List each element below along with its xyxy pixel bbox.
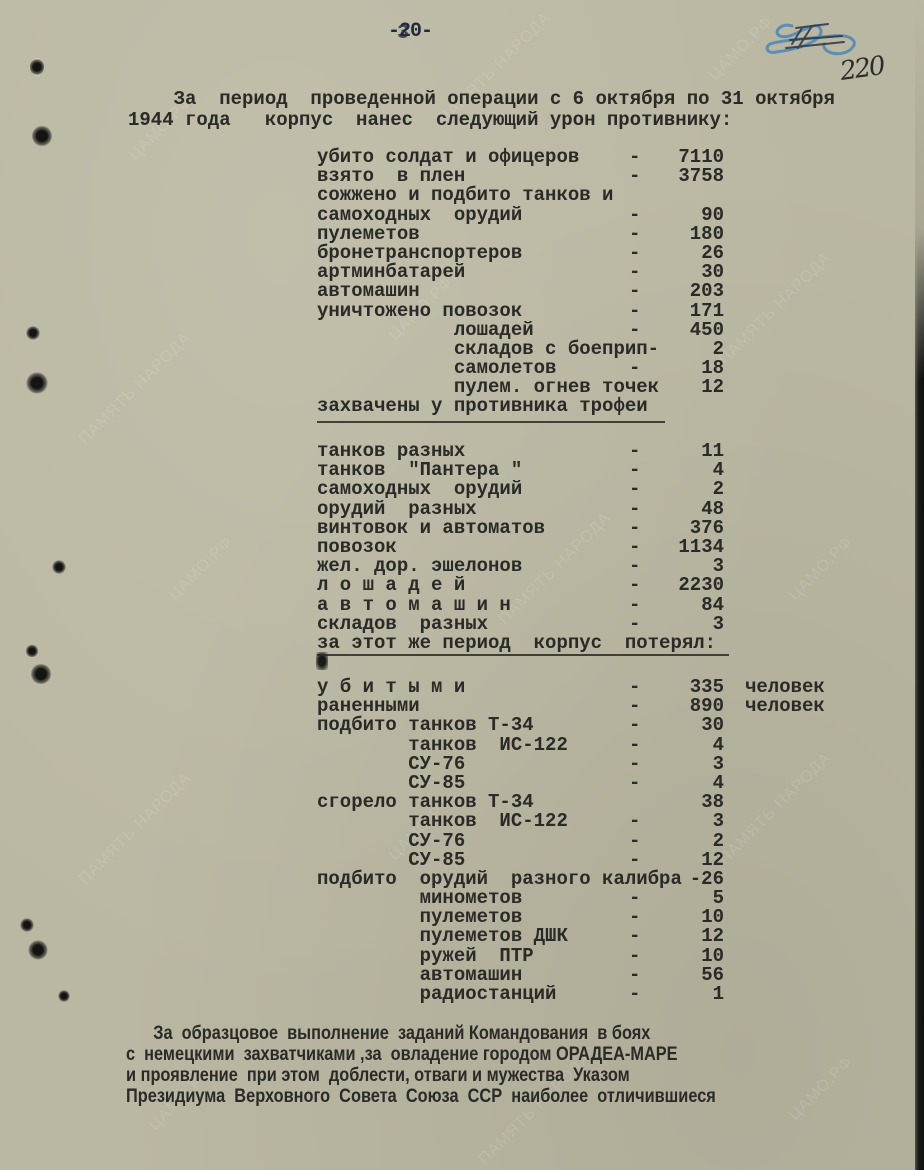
list-item: самоходных орудий-90 xyxy=(317,204,724,223)
list-item: пулеметов-10 xyxy=(317,906,724,925)
list-item: танков ИС-122-4 xyxy=(317,734,724,753)
list-item: бронетранспортеров-26 xyxy=(317,242,724,261)
list-item: самолетов-18 xyxy=(317,357,724,376)
list-item: СУ-85-12 xyxy=(317,849,724,868)
list-item: пулеметов-180 xyxy=(317,223,724,242)
watermark-text: ПАМЯТЬ НАРОДА xyxy=(716,749,835,868)
list-item: танков ИС-122-3 xyxy=(317,810,724,829)
item-label: захвачены у противника трофеи xyxy=(317,395,648,417)
list-item: жел. дор. эшелонов-3 xyxy=(317,555,724,574)
list-item: захвачены у противника трофеи xyxy=(317,395,724,414)
punch-hole xyxy=(52,560,66,574)
list-item: орудий разных-48 xyxy=(317,498,724,517)
punch-hole xyxy=(26,372,48,394)
punch-hole xyxy=(28,940,48,960)
watermark-text: ПАМЯТЬ НАРОДА xyxy=(716,249,835,368)
list-item: складов с боеприп-2 xyxy=(317,338,724,357)
watermark-text: ЦАМО.РФ xyxy=(166,534,237,605)
list-item: подбито танков Т-34-30 xyxy=(317,714,724,733)
list-item: раненными-890человек xyxy=(317,695,724,714)
list-item: СУ-85-4 xyxy=(317,772,724,791)
list-item: автомашин-56 xyxy=(317,964,724,983)
item-value: 1 xyxy=(604,983,724,1005)
list-item: у б и т ы м и-335человек xyxy=(317,676,724,695)
list-item: л о ш а д е й-2230 xyxy=(317,574,724,593)
item-label: за этот же период корпус потерял: xyxy=(317,632,716,654)
punch-hole xyxy=(26,326,40,340)
watermark-text: ЦАМО.РФ xyxy=(786,534,857,605)
typed-page-number: -20- 3 xyxy=(388,20,432,43)
list-item: уничтожено повозок-171 xyxy=(317,300,724,319)
punch-hole xyxy=(30,664,52,684)
list-item: взято в плен-3758 xyxy=(317,165,724,184)
list-item: пулем. огнев точек12 xyxy=(317,376,724,395)
paragraph-line: с немецкими захватчиками ,за овладение г… xyxy=(126,1044,716,1065)
list-item: автомашин-203 xyxy=(317,280,724,299)
list-item: минометов-5 xyxy=(317,887,724,906)
list-item: за этот же период корпус потерял: xyxy=(317,632,724,651)
own-losses-list: у б и т ы м и-335человекраненными-890чел… xyxy=(317,676,724,1002)
list-item: убито солдат и офицеров-7110 xyxy=(317,146,724,165)
enemy-losses-list: убито солдат и офицеров-7110взято в плен… xyxy=(317,146,724,415)
list-item: СУ-76-2 xyxy=(317,830,724,849)
list-item: повозок-1134 xyxy=(317,536,724,555)
list-item: лошадей-450 xyxy=(317,319,724,338)
list-item: пулеметов ДШК-12 xyxy=(317,925,724,944)
punch-hole xyxy=(30,58,44,76)
closing-paragraph: За образцовое выполнение заданий Командо… xyxy=(126,1023,812,1107)
scan-edge-shadow xyxy=(915,0,924,1170)
item-label: радиостанций xyxy=(317,983,556,1005)
punch-hole xyxy=(20,918,34,932)
list-item: сгорело танков Т-3438 xyxy=(317,791,724,810)
list-item: танков разных-11 xyxy=(317,440,724,459)
list-item: самоходных орудий-2 xyxy=(317,478,724,497)
list-item: артминбатарей-30 xyxy=(317,261,724,280)
punch-hole xyxy=(58,990,70,1002)
list-item: танков "Пантера "-4 xyxy=(317,459,724,478)
intro-line: За период проведенной операции с 6 октяб… xyxy=(128,88,835,109)
paragraph-line: Президиума Верховного Совета Союза ССР н… xyxy=(126,1086,716,1107)
document-page: ЦАМО.РФПАМЯТЬ НАРОДАЦАМО.РФПАМЯТЬ НАРОДА… xyxy=(0,0,916,1170)
list-item: а в т о м а ш и н-84 xyxy=(317,594,724,613)
list-item: ружей ПТР-10 xyxy=(317,945,724,964)
intro-text: За период проведенной операции с 6 октяб… xyxy=(128,88,835,130)
page-number-overstrike: 3 xyxy=(397,22,408,45)
punch-hole xyxy=(26,644,38,658)
item-unit: человек xyxy=(745,695,825,717)
paragraph-line: За образцовое выполнение заданий Командо… xyxy=(126,1023,716,1044)
watermark-text: ПАМЯТЬ НАРОДА xyxy=(76,769,195,888)
list-item: сожжено и подбито танков и xyxy=(317,184,724,203)
section-divider xyxy=(317,654,729,656)
section-divider xyxy=(317,421,665,423)
list-item: винтовок и автоматов-376 xyxy=(317,517,724,536)
archive-page-number: 220 xyxy=(838,51,885,87)
punch-hole xyxy=(32,125,52,147)
list-item: радиостанций-1 xyxy=(317,983,724,1002)
list-item: подбито орудий разного калибра-26 xyxy=(317,868,724,887)
paragraph-line: и проявление при этом доблести, отваги и… xyxy=(126,1065,716,1086)
trophies-list: танков разных-11танков "Пантера "-4самох… xyxy=(317,440,724,651)
watermark-text: ПАМЯТЬ НАРОДА xyxy=(76,329,195,448)
page-number-text: -20- xyxy=(388,20,432,43)
intro-line: 1944 года корпус нанес следующий урон пр… xyxy=(128,109,835,130)
list-item: СУ-76-3 xyxy=(317,753,724,772)
list-item: складов разных-3 xyxy=(317,613,724,632)
